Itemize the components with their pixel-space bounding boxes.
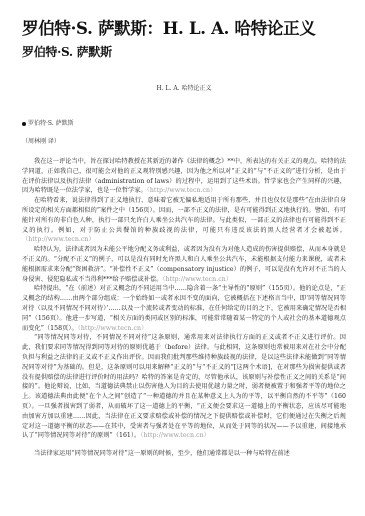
source-link[interactable]: （http://www.tecn.cn）	[140, 432, 210, 439]
paragraph-text: 在哈特看来，说法律得到了正义地执行，意味着它被无偏私地适用于所有那些、并且也仅仅…	[22, 197, 346, 233]
paragraph: 在哈特看来，说法律得到了正义地执行，意味着它被无偏私地适用于所有那些、并且也仅仅…	[22, 196, 346, 245]
document-page: 罗伯特·S. 萨默斯：H. L. A. 哈特论正义 罗伯特·S. 萨默斯 H. …	[0, 19, 365, 459]
paragraph: 当法律家运用“同等情况同等对待”这一原则的时候，至少，他们通常都是以一种与哈特在…	[22, 449, 346, 459]
paragraph: 我在这一评论当中，旨在探讨哈特教授在其新近的著作《法律的概念》**中，所表达的有…	[22, 157, 346, 196]
paragraph-text: “同等情况同等对待，不同情况不同对待”这条原则，通常用来对法律执行方面的正义或者…	[22, 334, 346, 439]
document-title: 罗伯特·S. 萨默斯：H. L. A. 哈特论正义	[22, 19, 346, 39]
translator-credit: （周林刚 译）	[22, 138, 346, 146]
source-link[interactable]: （http://www.tecn.cn）	[162, 276, 232, 283]
bullet-icon	[22, 122, 26, 126]
paragraph: 哈特认为，法律或者因为未能公平地分配义务或利益，或者因为没有为对他人造成的伤害提…	[22, 245, 346, 284]
document-author: 罗伯特·S. 萨默斯	[22, 45, 346, 59]
paragraph-text: 当法律家运用“同等情况同等对待”这一原则的时候，至少，他们通常都是以一种与哈特在…	[34, 450, 290, 457]
byline: 罗伯特·S. 萨默斯	[22, 120, 346, 128]
source-link[interactable]: （http://www.tecn.cn）	[147, 187, 217, 194]
paragraph: “同等情况同等对待，不同情况不同对待”这条原则，通常用来对法律执行方面的正义或者…	[22, 333, 346, 441]
document-subtitle: H. L. A. 哈特论正义	[22, 85, 346, 93]
paragraph: 哈特提出，“在（前述）对正义概念的不同运用当中……隐含着一条“主导性的”原则”（…	[22, 284, 346, 333]
paragraph-text: 哈特提出，“在（前述）对正义概念的不同运用当中……隐含着一条“主导性的”原则”（…	[22, 285, 346, 331]
byline-author: 罗伯特·S. 萨默斯	[28, 120, 74, 127]
source-link[interactable]: （http://www.tecn.cn）	[22, 236, 95, 243]
source-link[interactable]: （http://www.tecn.cn）	[78, 325, 148, 332]
